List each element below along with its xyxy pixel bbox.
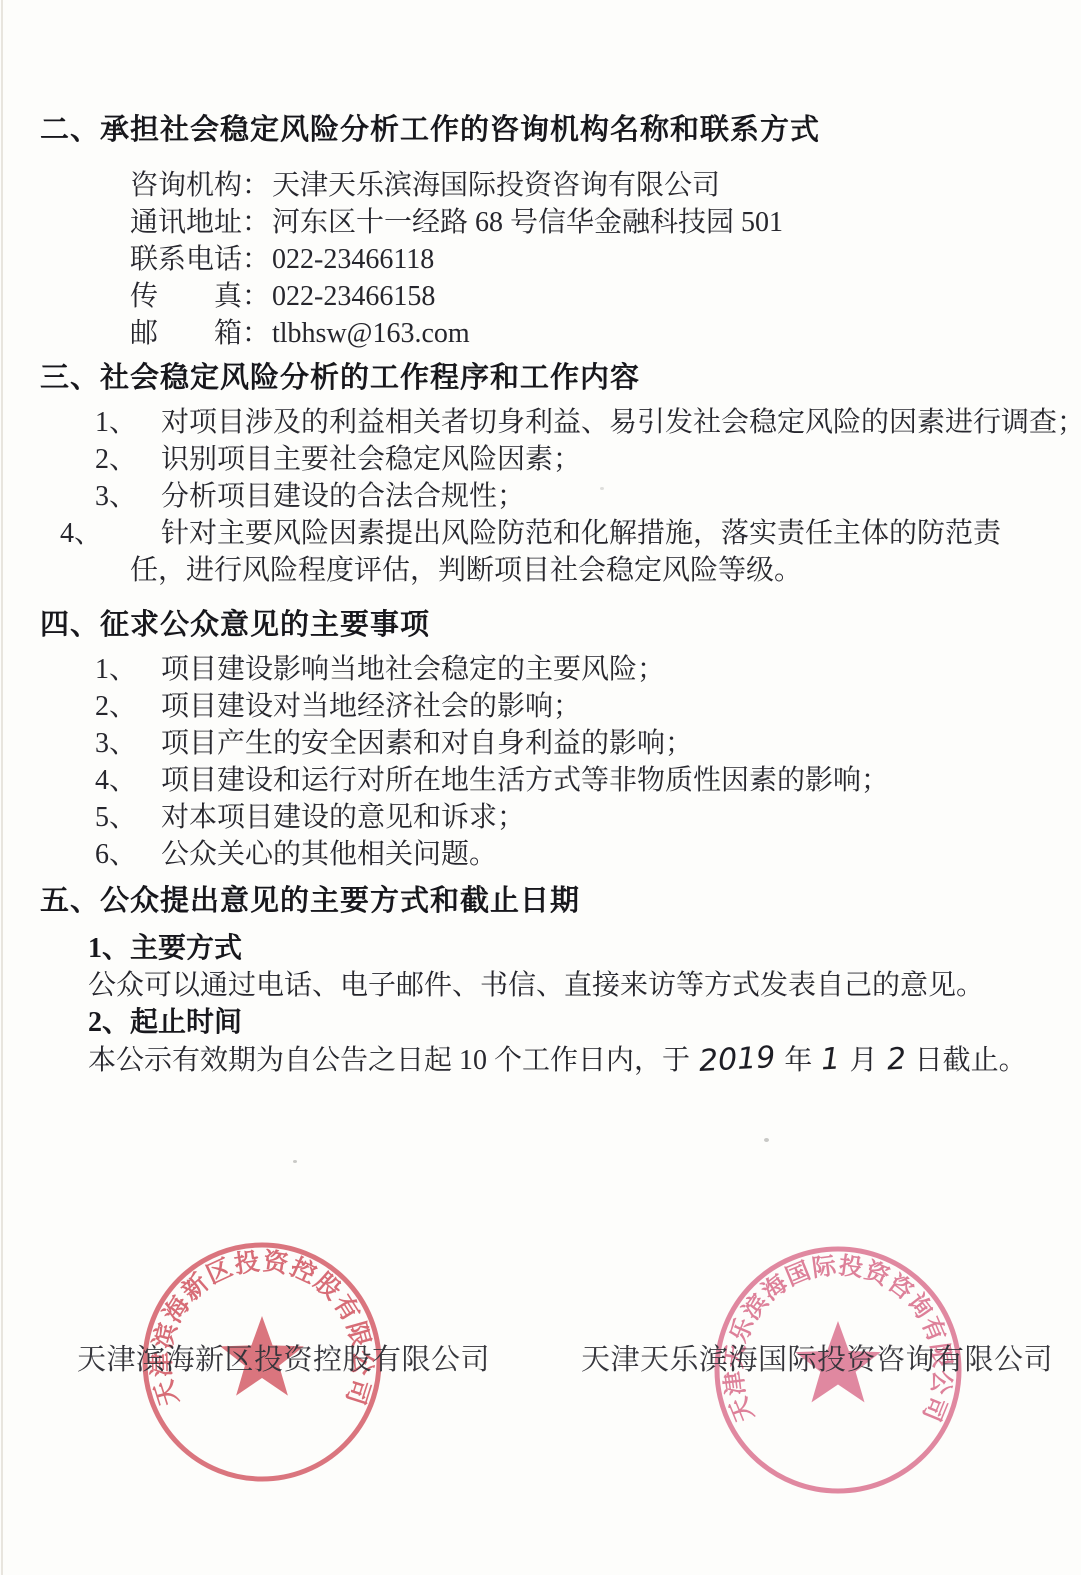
- handwritten-month: 1: [820, 1041, 841, 1079]
- item-text: 项目建设对当地经济社会的影响；: [161, 691, 581, 722]
- list-item: 2、识别项目主要社会稳定风险因素；: [95, 441, 1081, 478]
- list-item: 6、公众关心的其他相关问题。: [95, 836, 889, 873]
- contact-value: 天津天乐滨海国际投资咨询有限公司: [272, 170, 720, 201]
- section-4-list: 1、项目建设影响当地社会稳定的主要风险； 2、项目建设对当地经济社会的影响； 3…: [95, 651, 889, 873]
- signature-company-right: 天津天乐滨海国际投资咨询有限公司: [581, 1342, 1053, 1378]
- item-text: 项目产生的安全因素和对自身利益的影响；: [161, 728, 693, 759]
- scanned-document-page: 二、承担社会稳定风险分析工作的咨询机构名称和联系方式 咨询机构：天津天乐滨海国际…: [0, 0, 1081, 1575]
- section-5-content: 1、主要方式 公众可以通过电话、电子邮件、书信、直接来访等方式发表自己的意见。 …: [88, 930, 1027, 1079]
- deadline-year-unit: 年: [784, 1045, 812, 1076]
- item-text: 对本项目建设的意见和诉求；: [161, 802, 525, 833]
- contact-value: 022-23466118: [272, 244, 434, 275]
- item-number: 3、: [95, 478, 161, 515]
- contact-row-phone: 联系电话：022-23466118: [130, 241, 783, 278]
- scan-edge-artifact: [1, 0, 3, 1575]
- contact-label: 传 真：: [130, 278, 272, 315]
- item-text: 对项目涉及的利益相关者切身利益、易引发社会稳定风险的因素进行调查；: [161, 407, 1081, 438]
- contact-row-fax: 传 真：022-23466158: [130, 278, 783, 315]
- deadline-prefix: 本公示有效期为自公告之日起 10 个工作日内，于: [88, 1045, 690, 1076]
- list-item: 1、对项目涉及的利益相关者切身利益、易引发社会稳定风险的因素进行调查；: [95, 404, 1081, 441]
- item-number: 4、: [95, 515, 161, 552]
- section-5-heading: 五、公众提出意见的主要方式和截止日期: [40, 884, 580, 918]
- item-number: 2、: [95, 441, 161, 478]
- item-number: 6、: [95, 836, 161, 873]
- item-number: 2、: [95, 688, 161, 725]
- deadline-day-unit: 日截止。: [915, 1045, 1027, 1076]
- handwritten-day: 2: [886, 1041, 907, 1079]
- item-text: 公众关心的其他相关问题。: [161, 839, 497, 870]
- contact-label: 邮 箱：: [130, 315, 272, 352]
- contact-label: 咨询机构：: [130, 167, 272, 204]
- list-item: 3、分析项目建设的合法合规性；: [95, 478, 1081, 515]
- list-item: 4、项目建设和运行对所在地生活方式等非物质性因素的影响；: [95, 762, 889, 799]
- item-number: 4、: [95, 762, 161, 799]
- deadline-month-unit: 月: [849, 1045, 877, 1076]
- list-item: 5、对本项目建设的意见和诉求；: [95, 799, 889, 836]
- section-2-heading: 二、承担社会稳定风险分析工作的咨询机构名称和联系方式: [40, 113, 820, 147]
- ink-speck: [293, 1160, 297, 1163]
- list-item: 3、项目产生的安全因素和对自身利益的影响；: [95, 725, 889, 762]
- item-number: 3、: [95, 725, 161, 762]
- list-item: 4、针对主要风险因素提出风险防范和化解措施，落实责任主体的防范责任，进行风险程度…: [95, 515, 1047, 589]
- item-number: 1、: [95, 404, 161, 441]
- item-number: 5、: [95, 799, 161, 836]
- contact-value: tlbhsw@163.com: [272, 318, 470, 349]
- sub-heading-period: 2、起止时间: [88, 1004, 1027, 1041]
- contact-label: 联系电话：: [130, 241, 272, 278]
- item-text: 分析项目建设的合法合规性；: [161, 481, 525, 512]
- contact-row-email: 邮 箱：tlbhsw@163.com: [130, 315, 783, 352]
- item-text: 项目建设和运行对所在地生活方式等非物质性因素的影响；: [161, 765, 889, 796]
- item-text: 针对主要风险因素提出风险防范和化解措施，落实责任主体的防范责任，进行风险程度评估…: [130, 518, 1001, 586]
- contact-info-block: 咨询机构：天津天乐滨海国际投资咨询有限公司 通讯地址：河东区十一经路 68 号信…: [130, 167, 783, 352]
- list-item: 1、项目建设影响当地社会稳定的主要风险；: [95, 651, 889, 688]
- handwritten-year: 2019: [698, 1039, 776, 1080]
- deadline-line: 本公示有效期为自公告之日起 10 个工作日内，于2019年1月2日截止。: [88, 1041, 1027, 1079]
- contact-value: 河东区十一经路 68 号信华金融科技园 501: [272, 207, 783, 238]
- contact-value: 022-23466158: [272, 281, 435, 312]
- method-body: 公众可以通过电话、电子邮件、书信、直接来访等方式发表自己的意见。: [88, 967, 1027, 1004]
- sub-heading-method: 1、主要方式: [88, 930, 1027, 967]
- item-number: 1、: [95, 651, 161, 688]
- contact-label: 通讯地址：: [130, 204, 272, 241]
- contact-row-address: 通讯地址：河东区十一经路 68 号信华金融科技园 501: [130, 204, 783, 241]
- item-text: 项目建设影响当地社会稳定的主要风险；: [161, 654, 665, 685]
- item-text: 识别项目主要社会稳定风险因素；: [161, 444, 581, 475]
- signature-company-left: 天津滨海新区投资控股有限公司: [77, 1342, 490, 1378]
- section-3-list: 1、对项目涉及的利益相关者切身利益、易引发社会稳定风险的因素进行调查； 2、识别…: [95, 404, 1081, 589]
- list-item: 2、项目建设对当地经济社会的影响；: [95, 688, 889, 725]
- contact-row-agency: 咨询机构：天津天乐滨海国际投资咨询有限公司: [130, 167, 783, 204]
- section-3-heading: 三、社会稳定风险分析的工作程序和工作内容: [40, 361, 640, 395]
- ink-speck: [764, 1138, 769, 1142]
- section-4-heading: 四、征求公众意见的主要事项: [40, 608, 430, 642]
